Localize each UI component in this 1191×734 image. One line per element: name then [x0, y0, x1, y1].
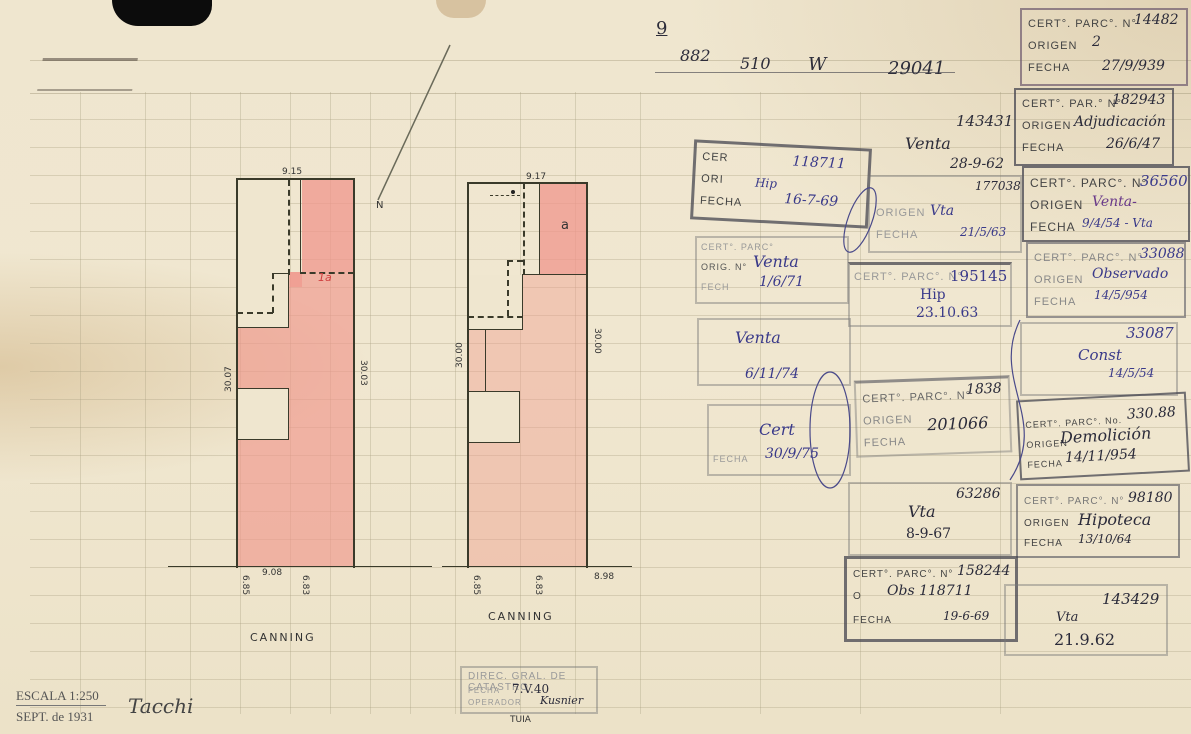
cert-stamp: CERT°. PARC°. N° 33088 ORIGEN Observado …: [1026, 242, 1186, 318]
cert-number: 33087: [1126, 324, 1174, 342]
boundary: [237, 439, 289, 440]
street-name: CANNING: [250, 631, 316, 644]
origen-value: Demolición: [1060, 423, 1152, 447]
dashed-line: [490, 195, 520, 196]
scale-underline: [16, 705, 106, 706]
boundary: [468, 329, 523, 330]
sheet-number: 9: [656, 18, 667, 39]
street-dim: 6.83: [533, 575, 543, 595]
front-width: 9.17: [526, 172, 546, 182]
boundary: [288, 388, 289, 440]
boundary: [522, 274, 588, 275]
right-depth: 30.00: [592, 328, 602, 354]
boundary: [519, 391, 520, 443]
grid-line: [145, 92, 146, 714]
right-depth: 30.03: [358, 360, 368, 386]
origen-label: ORIGEN: [1022, 120, 1071, 132]
cert-number: 36560: [1140, 172, 1188, 190]
origen-value: Venta-: [1092, 194, 1137, 210]
fecha-value: 28-9-62: [950, 156, 1004, 172]
fecha-value: 8-9-67: [906, 526, 951, 542]
street-dim: 6.85: [240, 575, 250, 595]
boundary: [485, 330, 486, 392]
boundary: [237, 327, 289, 328]
boundary: [468, 442, 520, 443]
boundary: [236, 178, 238, 568]
parcel-fill: [290, 272, 302, 287]
dashed-line: [507, 260, 509, 316]
scribble-mark: [37, 58, 138, 91]
origen-value: Venta: [905, 134, 951, 153]
stamp-operador: Kusnier: [540, 694, 583, 707]
dashed-line: [507, 260, 523, 262]
seccion-value: 510: [740, 54, 771, 73]
fecha-value: 14/5/954: [1094, 288, 1148, 302]
parcel-label: a: [561, 218, 569, 233]
cert-number: 14482: [1134, 12, 1179, 28]
street-dim: 8.98: [594, 572, 614, 582]
front-width: 9.15: [282, 167, 302, 177]
origen-value: 2: [1092, 34, 1101, 50]
origen-label: ORIGEN: [1024, 518, 1069, 529]
origen-label: O: [853, 591, 862, 602]
boundary: [586, 182, 588, 568]
fecha-value: 13/10/64: [1078, 532, 1132, 546]
manzana-value: 882: [680, 46, 711, 65]
cert-stamp: CERT°. PAR.° N° 182943 ORIGEN Adjudicaci…: [1014, 88, 1174, 166]
cert-stamp: 143429 Vta 21.9.62: [1004, 584, 1168, 656]
origen-value: Vta: [908, 502, 936, 521]
street-dim: 9.08: [262, 568, 282, 578]
grid-line: [640, 92, 641, 714]
stamp-operador-label: OPERADOR: [468, 698, 522, 707]
cert-number: 98180: [1128, 490, 1173, 506]
unshaded-area: [468, 392, 520, 442]
left-depth: 30.00: [455, 342, 465, 368]
header-underline: [655, 72, 955, 73]
fecha-label: FECHA: [713, 454, 749, 464]
stamp-fecha-label: FECHA: [468, 686, 500, 695]
fecha-value: 21.9.62: [1054, 630, 1115, 649]
grid-line: [80, 92, 81, 714]
fecha-label: FECH: [701, 282, 730, 292]
scale-label: ESCALA 1:250: [16, 688, 99, 704]
catastro-stamp: DIREC. GRAL. DE CATASTRO FECHA 7.V.40 OP…: [460, 666, 598, 714]
fecha-label: FECHA: [1024, 538, 1063, 549]
origen-value: Hipoteca: [1078, 510, 1151, 529]
marker-dot: [511, 190, 515, 194]
cert-number: 33088: [1140, 246, 1185, 262]
left-depth: 30.07: [224, 366, 234, 392]
origen-value: Const: [1078, 346, 1122, 364]
dashed-line: [523, 183, 525, 275]
fecha-value: 14/5/54: [1108, 366, 1154, 380]
boundary: [236, 178, 354, 180]
street-dim: 6.83: [300, 575, 310, 595]
boundary: [468, 391, 520, 392]
fecha-label: FECHA: [1022, 142, 1064, 154]
origen-value: Hip: [755, 176, 778, 191]
fecha-label: FECHA: [853, 615, 892, 626]
stamp-note: TUIA: [510, 715, 531, 725]
street-name: CANNING: [488, 610, 554, 623]
dashed-line: [272, 273, 274, 313]
boundary: [272, 273, 289, 274]
fecha-value: 9/4/54 - Vta: [1082, 216, 1153, 230]
cert-number: 182943: [1112, 92, 1165, 108]
parcel-label: 1a: [318, 271, 332, 284]
grid-line: [190, 92, 191, 714]
fecha-value: 26/6/47: [1106, 136, 1160, 152]
cert-number: 143431: [956, 112, 1013, 130]
unshaded-area: [468, 275, 523, 330]
cert-label: CERT°. PAR.° N°: [1022, 98, 1122, 110]
boundary: [300, 178, 301, 273]
origen-label: ORIGEN: [1028, 40, 1077, 52]
street-line: [168, 566, 432, 567]
origen-value: Vta: [1056, 610, 1078, 625]
origen-value: Observado: [1092, 266, 1168, 282]
fecha-label: FECHA: [1028, 62, 1070, 74]
fecha-value: 27/9/939: [1102, 58, 1165, 74]
fecha-value: 19-6-69: [943, 609, 989, 623]
dashed-line: [288, 180, 290, 275]
dashed-line: [468, 316, 523, 318]
cert-stamp: CERT°. PARC°. N° 158244 O Obs 118711 FEC…: [844, 556, 1018, 642]
cert-label: CERT°. PARC°. N°: [1028, 18, 1137, 30]
cert-stamp: CERT°. PARC°. N° 14482 ORIGEN 2 FECHA 27…: [1020, 8, 1188, 86]
origen-label: ORI: [701, 173, 724, 186]
cert-number: 330.88: [1127, 404, 1177, 423]
origen-label: ORIG. N°: [701, 262, 747, 272]
cert-label: CERT°. PARC°. N°: [853, 569, 953, 580]
signature: Tacchi: [128, 694, 193, 718]
origen-value: Venta: [735, 328, 781, 347]
cert-number: 118711: [792, 154, 846, 173]
street-dim: 6.85: [471, 575, 481, 595]
cert-label: CERT°. PARC°: [701, 242, 774, 252]
unshaded-area: [237, 389, 289, 439]
boundary: [288, 273, 289, 328]
parcel-fill-highlight: [302, 179, 354, 272]
cert-label: CERT°. PARC°. N°: [1034, 252, 1143, 264]
fecha-label: FECHA: [700, 195, 743, 209]
north-arrow-line: [370, 40, 460, 210]
ink-blot: [112, 0, 212, 26]
boundary: [539, 183, 540, 275]
unshaded-area: [237, 180, 289, 327]
partida-value: 29041: [888, 58, 945, 79]
boundary: [467, 182, 469, 568]
boundary: [522, 275, 523, 330]
cert-number: 158244: [957, 563, 1010, 579]
signature-loops: [790, 180, 1050, 500]
cert-label: CER: [702, 151, 729, 164]
cert-number: 143429: [1102, 590, 1159, 608]
boundary: [467, 182, 588, 184]
origen-value: Obs 118711: [887, 583, 973, 599]
fecha-value: 14/11/954: [1065, 446, 1138, 466]
boundary: [353, 178, 355, 568]
date-label: SEPT. de 1931: [16, 709, 93, 725]
street-line: [442, 566, 632, 567]
north-label: N: [376, 200, 383, 211]
boundary: [237, 388, 289, 389]
origen-value: Adjudicación: [1074, 114, 1166, 130]
dashed-line: [237, 312, 273, 314]
